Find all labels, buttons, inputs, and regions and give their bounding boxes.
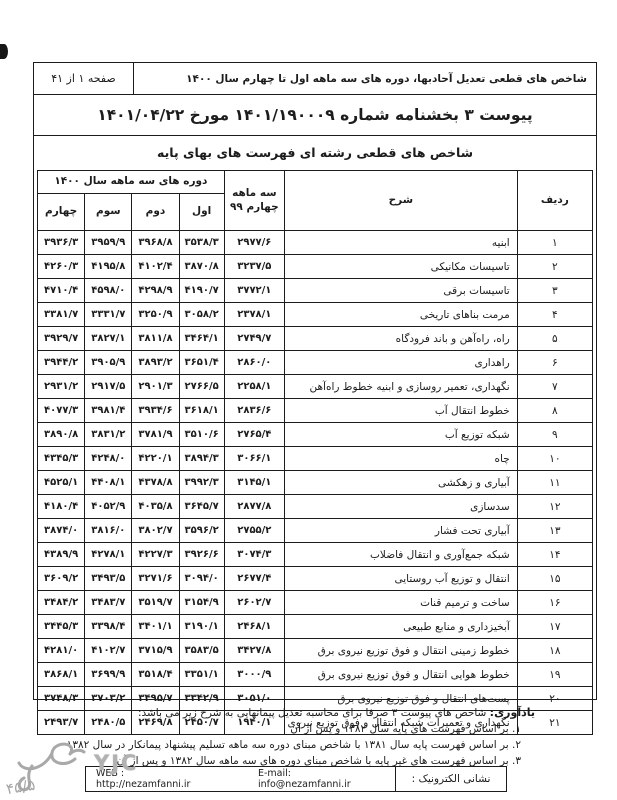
row-description: خطوط انتقال آب — [284, 399, 517, 423]
cell-q1-1400: ۳۸۹۴/۳ — [179, 447, 224, 471]
cell-q4-99: ۲۷۶۵/۴ — [224, 423, 284, 447]
cell-q3-1400: ۳۴۸۳/۷ — [85, 591, 132, 615]
cell-q4-99: ۳۰۷۴/۳ — [224, 543, 284, 567]
cell-q1-1400: ۳۵۳۸/۳ — [179, 231, 224, 255]
cell-q3-1400: ۴۵۹۸/۰ — [85, 279, 132, 303]
table-row: ۱۵انتقال و توزیع آب روستایی۲۶۷۷/۴۳۰۹۴/۰۳… — [38, 567, 593, 591]
cell-q2-1400: ۳۵۱۸/۴ — [132, 663, 179, 687]
table-row: ۱۲سدسازی۲۸۷۷/۸۳۶۴۵/۷۴۰۳۵/۸۴۰۵۲/۹۴۱۸۰/۴ — [38, 495, 593, 519]
col-header-quarter-2: دوم — [132, 194, 179, 231]
cell-q4-1400: ۴۷۱۰/۴ — [38, 279, 85, 303]
electronic-address-label: نشانی الکترونیک : — [396, 767, 506, 791]
cell-q4-99: ۲۹۷۷/۶ — [224, 231, 284, 255]
cell-q2-1400: ۲۹۰۱/۳ — [132, 375, 179, 399]
cell-q4-1400: ۴۳۸۹/۹ — [38, 543, 85, 567]
cell-q4-99: ۳۲۳۷/۵ — [224, 255, 284, 279]
cell-q4-99: ۲۲۵۸/۱ — [224, 375, 284, 399]
table-row: ۳تاسیسات برقی۳۷۷۲/۱۴۱۹۰/۷۴۲۹۸/۹۴۵۹۸/۰۴۷۱… — [38, 279, 593, 303]
col-header-quarter-4: چهارم — [38, 194, 85, 231]
cell-q3-1400: ۴۲۴۸/۰ — [85, 447, 132, 471]
cell-q3-1400: ۳۸۱۶/۰ — [85, 519, 132, 543]
cell-q2-1400: ۴۳۷۸/۸ — [132, 471, 179, 495]
col-header-quarter-3: سوم — [85, 194, 132, 231]
cell-q3-1400: ۴۱۰۲/۷ — [85, 639, 132, 663]
reminder-text: شاخص های پیوست ۳ صرفا برای محاسبه تعدیل … — [138, 707, 486, 719]
cell-q4-99: ۳۴۲۷/۸ — [224, 639, 284, 663]
row-number: ۲ — [517, 255, 592, 279]
row-number: ۱۲ — [517, 495, 592, 519]
yjc-logo-text: YJC — [94, 751, 138, 775]
table-row: ۱۷آبخیزداری و منابع طبیعی۲۴۶۸/۱۳۱۹۰/۱۳۴۰… — [38, 615, 593, 639]
cell-q4-1400: ۳۸۹۰/۸ — [38, 423, 85, 447]
table-row: ۴مرمت بناهای تاریخی۲۳۷۸/۱۳۰۵۸/۲۳۲۵۰/۹۳۳۳… — [38, 303, 593, 327]
footer-contact-bar: WEB : http://nezamfanni.ir E-mail: info@… — [85, 766, 507, 792]
table-row: ۵راه، راه‌آهن و باند فرودگاه۲۷۴۹/۷۳۴۶۴/۱… — [38, 327, 593, 351]
row-description: نگهداری، تعمیر روسازی و ابنیه خطوط راه‌آ… — [284, 375, 517, 399]
row-description: راهداری — [284, 351, 517, 375]
cell-q4-99: ۲۷۵۵/۲ — [224, 519, 284, 543]
row-number: ۵ — [517, 327, 592, 351]
row-description: ابنیه — [284, 231, 517, 255]
cell-q1-1400: ۳۵۸۳/۵ — [179, 639, 224, 663]
email-address: E-mail: info@nezamfanni.ir — [258, 768, 385, 790]
row-number: ۹ — [517, 423, 592, 447]
cell-q4-99: ۳۰۰۰/۹ — [224, 663, 284, 687]
cell-q4-1400: ۲۹۳۱/۲ — [38, 375, 85, 399]
row-description: ساخت و ترمیم قنات — [284, 591, 517, 615]
cell-q1-1400: ۳۵۱۰/۶ — [179, 423, 224, 447]
cell-q1-1400: ۳۱۹۰/۱ — [179, 615, 224, 639]
cell-q4-1400: ۳۸۶۸/۱ — [38, 663, 85, 687]
cell-q1-1400: ۳۶۴۵/۷ — [179, 495, 224, 519]
table-body: ۱ابنیه۲۹۷۷/۶۳۵۳۸/۳۳۹۶۸/۸۳۹۵۹/۹۳۹۳۶/۳۲تاس… — [38, 231, 593, 735]
table-row: ۸خطوط انتقال آب۲۸۳۶/۶۳۶۱۸/۱۳۹۳۴/۶۳۹۸۱/۴۴… — [38, 399, 593, 423]
table-row: ۱۸خطوط زمینی انتقال و فوق توزیع نیروی بر… — [38, 639, 593, 663]
reminder-label: یادآوری: — [490, 706, 535, 719]
row-number: ۱۳ — [517, 519, 592, 543]
cell-q3-1400: ۲۹۱۷/۵ — [85, 375, 132, 399]
cell-q4-1400: ۴۱۸۰/۴ — [38, 495, 85, 519]
row-number: ۱۸ — [517, 639, 592, 663]
table-row: ۱۱آبیاری و زهکشی۳۱۴۵/۱۳۹۹۲/۳۴۳۷۸/۸۴۴۰۸/۱… — [38, 471, 593, 495]
table-row: ۷نگهداری، تعمیر روسازی و ابنیه خطوط راه‌… — [38, 375, 593, 399]
cell-q1-1400: ۳۵۹۶/۲ — [179, 519, 224, 543]
cell-q3-1400: ۴۲۷۸/۱ — [85, 543, 132, 567]
cell-q4-1400: ۳۹۳۶/۳ — [38, 231, 85, 255]
cell-q4-1400: ۴۰۷۷/۳ — [38, 399, 85, 423]
cell-q1-1400: ۴۱۹۰/۷ — [179, 279, 224, 303]
cell-q4-1400: ۳۴۸۴/۲ — [38, 591, 85, 615]
cell-q2-1400: ۴۱۰۲/۴ — [132, 255, 179, 279]
row-description: سدسازی — [284, 495, 517, 519]
cell-q4-99: ۲۴۶۸/۱ — [224, 615, 284, 639]
row-description: انتقال و توزیع آب روستایی — [284, 567, 517, 591]
col-header-description: شرح — [284, 171, 517, 231]
cell-q4-99: ۲۳۷۸/۱ — [224, 303, 284, 327]
cell-q2-1400: ۳۸۰۲/۷ — [132, 519, 179, 543]
cell-q4-99: ۳۰۶۶/۱ — [224, 447, 284, 471]
row-number: ۶ — [517, 351, 592, 375]
table-row: ۹شبکه توزیع آب۲۷۶۵/۴۳۵۱۰/۶۳۷۸۱/۹۳۸۳۱/۲۳۸… — [38, 423, 593, 447]
row-number: ۱۱ — [517, 471, 592, 495]
table-row: ۲تاسیسات مکانیکی۳۲۳۷/۵۳۸۷۰/۸۴۱۰۲/۴۴۱۹۵/۸… — [38, 255, 593, 279]
cell-q3-1400: ۴۴۰۸/۱ — [85, 471, 132, 495]
cell-q3-1400: ۳۴۹۳/۵ — [85, 567, 132, 591]
cell-q4-99: ۲۸۷۷/۸ — [224, 495, 284, 519]
note-reminder-line: یادآوری: شاخص های پیوست ۳ صرفا برای محاس… — [65, 705, 535, 721]
row-number: ۷ — [517, 375, 592, 399]
row-number: ۱۹ — [517, 663, 592, 687]
table-row: ۶راهداری۲۸۶۰/۰۳۶۵۱/۴۳۸۹۳/۲۳۹۰۵/۹۳۹۴۴/۲ — [38, 351, 593, 375]
cell-q3-1400: ۳۳۹۸/۴ — [85, 615, 132, 639]
cell-q2-1400: ۴۰۳۵/۸ — [132, 495, 179, 519]
cell-q4-99: ۲۸۳۶/۶ — [224, 399, 284, 423]
cell-q1-1400: ۳۶۱۸/۱ — [179, 399, 224, 423]
cell-q3-1400: ۳۹۸۱/۴ — [85, 399, 132, 423]
row-description: خطوط زمینی انتقال و فوق توزیع نیروی برق — [284, 639, 517, 663]
cell-q4-99: ۲۶۰۲/۷ — [224, 591, 284, 615]
page-number-label: صفحه ۱ از ۴۱ — [33, 62, 134, 95]
cell-q2-1400: ۴۲۹۸/۹ — [132, 279, 179, 303]
cell-q2-1400: ۴۲۲۰/۱ — [132, 447, 179, 471]
cell-q2-1400: ۳۲۵۰/۹ — [132, 303, 179, 327]
row-description: تاسیسات مکانیکی — [284, 255, 517, 279]
cell-q2-1400: ۳۹۶۸/۸ — [132, 231, 179, 255]
cell-q4-1400: ۳۹۴۴/۲ — [38, 351, 85, 375]
table-header: ردیف شرح سه ماهه چهارم ۹۹ دوره های سه ما… — [38, 171, 593, 231]
col-header-year-1400-group: دوره های سه ماهه سال ۱۴۰۰ — [38, 171, 225, 194]
cell-q2-1400: ۳۷۸۱/۹ — [132, 423, 179, 447]
row-number: ۱ — [517, 231, 592, 255]
cell-q2-1400: ۳۴۰۱/۱ — [132, 615, 179, 639]
cell-q4-99: ۲۸۶۰/۰ — [224, 351, 284, 375]
table-row: ۱ابنیه۲۹۷۷/۶۳۵۳۸/۳۳۹۶۸/۸۳۹۵۹/۹۳۹۳۶/۳ — [38, 231, 593, 255]
row-description: چاه — [284, 447, 517, 471]
row-number: ۱۰ — [517, 447, 592, 471]
cell-q1-1400: ۳۱۵۴/۹ — [179, 591, 224, 615]
cell-q1-1400: ۳۸۷۰/۸ — [179, 255, 224, 279]
row-description: مرمت بناهای تاریخی — [284, 303, 517, 327]
content-box: شاخص های قطعی رشته ای فهرست های بهای پای… — [33, 135, 597, 700]
cell-q2-1400: ۳۸۱۱/۸ — [132, 327, 179, 351]
cell-q4-99: ۳۷۷۲/۱ — [224, 279, 284, 303]
col-header-q4-99: سه ماهه چهارم ۹۹ — [224, 171, 284, 231]
row-description: آبیاری و زهکشی — [284, 471, 517, 495]
row-number: ۱۶ — [517, 591, 592, 615]
cell-q2-1400: ۳۲۷۱/۶ — [132, 567, 179, 591]
row-description: آبیاری تحت فشار — [284, 519, 517, 543]
index-table: ردیف شرح سه ماهه چهارم ۹۹ دوره های سه ما… — [37, 170, 593, 735]
row-description: شبکه توزیع آب — [284, 423, 517, 447]
cell-q4-1400: ۳۶۰۹/۲ — [38, 567, 85, 591]
cell-q2-1400: ۳۸۹۳/۲ — [132, 351, 179, 375]
cell-q1-1400: ۳۴۶۴/۱ — [179, 327, 224, 351]
cell-q2-1400: ۴۲۲۷/۳ — [132, 543, 179, 567]
cell-q4-1400: ۴۵۲۵/۱ — [38, 471, 85, 495]
watermark-score: ۴۵/۵ — [5, 776, 37, 798]
table-row: ۱۰چاه۳۰۶۶/۱۳۸۹۴/۳۴۲۲۰/۱۴۲۴۸/۰۴۳۴۵/۳ — [38, 447, 593, 471]
document-page: صفحه ۱ از ۴۱ شاخص های قطعی تعدیل آحادبها… — [0, 0, 617, 800]
row-description: راه، راه‌آهن و باند فرودگاه — [284, 327, 517, 351]
cell-q1-1400: ۳۹۹۲/۳ — [179, 471, 224, 495]
cell-q4-1400: ۳۳۸۱/۷ — [38, 303, 85, 327]
row-number: ۳ — [517, 279, 592, 303]
row-description: آبخیزداری و منابع طبیعی — [284, 615, 517, 639]
cell-q1-1400: ۳۰۵۸/۲ — [179, 303, 224, 327]
col-header-row-number: ردیف — [517, 171, 592, 231]
cell-q4-1400: ۴۳۴۵/۳ — [38, 447, 85, 471]
table-title: شاخص های قطعی رشته ای فهرست های بهای پای… — [34, 145, 596, 160]
scan-artifact — [0, 44, 8, 59]
cell-q4-99: ۳۱۴۵/۱ — [224, 471, 284, 495]
document-title: شاخص های قطعی تعدیل آحادبها، دوره های سه… — [133, 62, 597, 95]
row-number: ۸ — [517, 399, 592, 423]
row-description: تاسیسات برقی — [284, 279, 517, 303]
table-row: ۱۳آبیاری تحت فشار۲۷۵۵/۲۳۵۹۶/۲۳۸۰۲/۷۳۸۱۶/… — [38, 519, 593, 543]
cell-q2-1400: ۳۹۳۴/۶ — [132, 399, 179, 423]
row-description: شبکه جمع‌آوری و انتقال فاضلاب — [284, 543, 517, 567]
table-row: ۱۴شبکه جمع‌آوری و انتقال فاضلاب۳۰۷۴/۳۳۹۲… — [38, 543, 593, 567]
cell-q1-1400: ۳۰۹۴/۰ — [179, 567, 224, 591]
cell-q4-1400: ۴۲۶۰/۳ — [38, 255, 85, 279]
cell-q4-1400: ۴۲۸۱/۰ — [38, 639, 85, 663]
cell-q2-1400: ۳۵۱۹/۷ — [132, 591, 179, 615]
cell-q1-1400: ۳۹۲۶/۶ — [179, 543, 224, 567]
cell-q2-1400: ۳۷۱۵/۹ — [132, 639, 179, 663]
cell-q1-1400: ۳۶۵۱/۴ — [179, 351, 224, 375]
table-row: ۱۹خطوط هوایی انتقال و فوق توزیع نیروی بر… — [38, 663, 593, 687]
cell-q3-1400: ۳۶۹۹/۹ — [85, 663, 132, 687]
note-item-1: ۱. بر اساس فهرست های پایه سال ۱۳۸۲ و پس … — [65, 721, 535, 737]
cell-q4-1400: ۳۴۴۵/۳ — [38, 615, 85, 639]
cell-q4-1400: ۳۸۷۴/۰ — [38, 519, 85, 543]
cell-q3-1400: ۳۹۰۵/۹ — [85, 351, 132, 375]
cell-q3-1400: ۳۳۳۱/۷ — [85, 303, 132, 327]
row-description: خطوط هوایی انتقال و فوق توزیع نیروی برق — [284, 663, 517, 687]
circular-subtitle: پیوست ۳ بخشنامه شماره ۱۴۰۱/۱۹۰۰۰۹ مورخ ۱… — [33, 94, 597, 136]
col-header-quarter-1: اول — [179, 194, 224, 231]
cell-q3-1400: ۴۱۹۵/۸ — [85, 255, 132, 279]
row-number: ۱۷ — [517, 615, 592, 639]
cell-q3-1400: ۳۸۲۷/۱ — [85, 327, 132, 351]
row-number: ۱۵ — [517, 567, 592, 591]
row-number: ۴ — [517, 303, 592, 327]
cell-q4-99: ۲۷۴۹/۷ — [224, 327, 284, 351]
cell-q1-1400: ۳۳۵۱/۱ — [179, 663, 224, 687]
cell-q3-1400: ۳۹۵۹/۹ — [85, 231, 132, 255]
cell-q4-99: ۲۶۷۷/۴ — [224, 567, 284, 591]
cell-q4-1400: ۳۹۲۹/۷ — [38, 327, 85, 351]
row-number: ۱۴ — [517, 543, 592, 567]
cell-q3-1400: ۴۰۵۲/۹ — [85, 495, 132, 519]
cell-q1-1400: ۲۷۶۶/۵ — [179, 375, 224, 399]
table-row: ۱۶ساخت و ترمیم قنات۲۶۰۲/۷۳۱۵۴/۹۳۵۱۹/۷۳۴۸… — [38, 591, 593, 615]
cell-q3-1400: ۳۸۳۱/۲ — [85, 423, 132, 447]
